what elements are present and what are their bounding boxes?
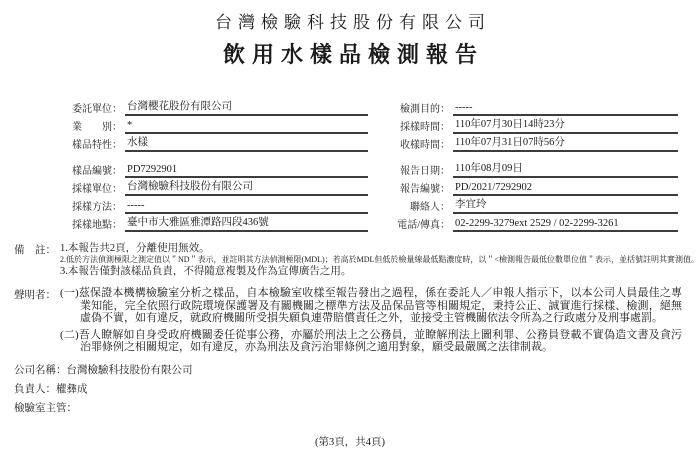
field-value: 110年08月09日	[453, 160, 678, 178]
report-page: 台灣檢驗科技股份有限公司 飲用水樣品檢測報告 委託單位： 台灣櫻花股份有限公司 …	[0, 0, 700, 473]
declaration-item-1: (一)茲保證本機構檢驗室分析之樣品，自本檢驗室收樣至報告發出之過程，係在委託人／…	[60, 287, 682, 325]
field-value: 李宜玲	[453, 196, 678, 214]
field-row-contact-person: 聯絡人： 李宜玲	[384, 197, 678, 214]
field-value: 台灣檢驗科技股份有限公司	[125, 178, 368, 196]
field-label: 採樣單位：	[56, 180, 125, 196]
notes-content: 1.本報告共2頁，分離使用無效。 2.低於方法偵測極限之測定值以＂ND＂表示，並…	[60, 242, 699, 278]
field-row-sampling-location: 採樣地點： 臺中市大雅區雅潭路四段436號	[56, 215, 368, 232]
responsible-person-value: 權彝成	[56, 384, 88, 395]
field-value: PD/2021/7292902	[453, 182, 678, 196]
field-value: 110年07月31日07時56分	[453, 134, 678, 152]
header-fields: 委託單位： 台灣櫻花股份有限公司 業 別： * 樣品特性： 水樣 樣品編號： P…	[56, 99, 678, 233]
field-label: 收樣時間：	[384, 136, 453, 152]
field-row-receipt-time: 收樣時間： 110年07月31日07時56分	[384, 135, 678, 152]
field-value: PD7292901	[125, 164, 368, 178]
company-name-line: 公司名稱：台灣檢驗科技股份有限公司	[14, 361, 700, 380]
field-value: 110年07月30日14時23分	[453, 116, 678, 134]
declaration-content: (一)茲保證本機構檢驗室分析之樣品，自本檢驗室收樣至報告發出之過程，係在委託人／…	[60, 287, 682, 354]
signature-block: 公司名稱：台灣檢驗科技股份有限公司 負責人：權彝成 檢驗室主管：	[14, 361, 700, 418]
company-title: 台灣檢驗科技股份有限公司	[0, 0, 700, 33]
declaration-section: 聲明者： (一)茲保證本機構檢驗室分析之樣品，自本檢驗室收樣至報告發出之過程，係…	[14, 287, 682, 354]
note-item-3: 3.本報告僅對該樣品負責，不得隨意複製及作為宣傳廣告之用。	[60, 265, 699, 278]
report-title: 飲用水樣品檢測報告	[0, 38, 700, 69]
field-row-sampling-method: 採樣方法： -----	[56, 197, 368, 214]
field-row-industry: 業 別： *	[56, 117, 368, 134]
declaration-label: 聲明者：	[14, 287, 60, 354]
field-label: 業 別：	[56, 118, 125, 134]
field-value: 台灣櫻花股份有限公司	[125, 98, 368, 116]
field-label: 樣品特性：	[56, 136, 125, 152]
field-value: -----	[125, 200, 368, 214]
company-name-value: 台灣檢驗科技股份有限公司	[67, 365, 193, 376]
fields-right-column: 檢測目的： ----- 採樣時間： 110年07月30日14時23分 收樣時間：…	[384, 99, 678, 233]
notes-label: 備 註：	[14, 242, 60, 278]
field-label: 報告編號：	[384, 180, 453, 196]
field-row-client: 委託單位： 台灣櫻花股份有限公司	[56, 99, 368, 116]
lab-supervisor-label: 檢驗室主管：	[14, 403, 77, 414]
field-label: 採樣地點：	[56, 216, 125, 232]
field-value: 02-2299-3279ext 2529 / 02-2299-3261	[453, 218, 678, 232]
field-value: -----	[453, 102, 678, 116]
lab-supervisor-line: 檢驗室主管：	[14, 399, 700, 418]
field-row-sample-type: 樣品特性： 水樣	[56, 135, 368, 152]
field-label: 檢測目的：	[384, 100, 453, 116]
field-row-sampling-time: 採樣時間： 110年07月30日14時23分	[384, 117, 678, 134]
field-row-phone-fax: 電話/傳真： 02-2299-3279ext 2529 / 02-2299-32…	[384, 215, 678, 232]
responsible-person-label: 負責人：	[14, 384, 56, 395]
field-label: 採樣時間：	[384, 118, 453, 134]
note-item-1: 1.本報告共2頁，分離使用無效。	[60, 242, 699, 255]
field-label: 報告日期：	[384, 162, 453, 178]
notes-section: 備 註： 1.本報告共2頁，分離使用無效。 2.低於方法偵測極限之測定值以＂ND…	[14, 242, 682, 278]
company-name-label: 公司名稱：	[14, 365, 67, 376]
field-label: 採樣方法：	[56, 198, 125, 214]
fields-left-column: 委託單位： 台灣櫻花股份有限公司 業 別： * 樣品特性： 水樣 樣品編號： P…	[56, 99, 368, 233]
field-label: 樣品編號：	[56, 162, 125, 178]
field-row-sample-no: 樣品編號： PD7292901	[56, 161, 368, 178]
responsible-person-line: 負責人：權彝成	[14, 380, 700, 399]
field-row-sampling-unit: 採樣單位： 台灣檢驗科技股份有限公司	[56, 179, 368, 196]
field-row-test-purpose: 檢測目的： -----	[384, 99, 678, 116]
field-value: *	[125, 120, 368, 134]
note-item-2: 2.低於方法偵測極限之測定值以＂ND＂表示，並註明其方法偵測極限(MDL)；若高…	[60, 255, 699, 265]
field-value: 水樣	[125, 134, 368, 152]
field-value: 臺中市大雅區雅潭路四段436號	[125, 214, 368, 232]
field-label: 委託單位：	[56, 100, 125, 116]
field-label: 電話/傳真：	[384, 216, 453, 232]
field-label: 聯絡人：	[384, 198, 453, 214]
declaration-item-2: (二)吾人瞭解如自身受政府機關委任從事公務，亦屬於刑法上之公務員，並瞭解刑法上圖…	[60, 329, 682, 354]
field-row-report-no: 報告編號： PD/2021/7292902	[384, 179, 678, 196]
field-row-report-date: 報告日期： 110年08月09日	[384, 161, 678, 178]
page-number-footer: (第3頁，共4頁)	[0, 434, 700, 449]
